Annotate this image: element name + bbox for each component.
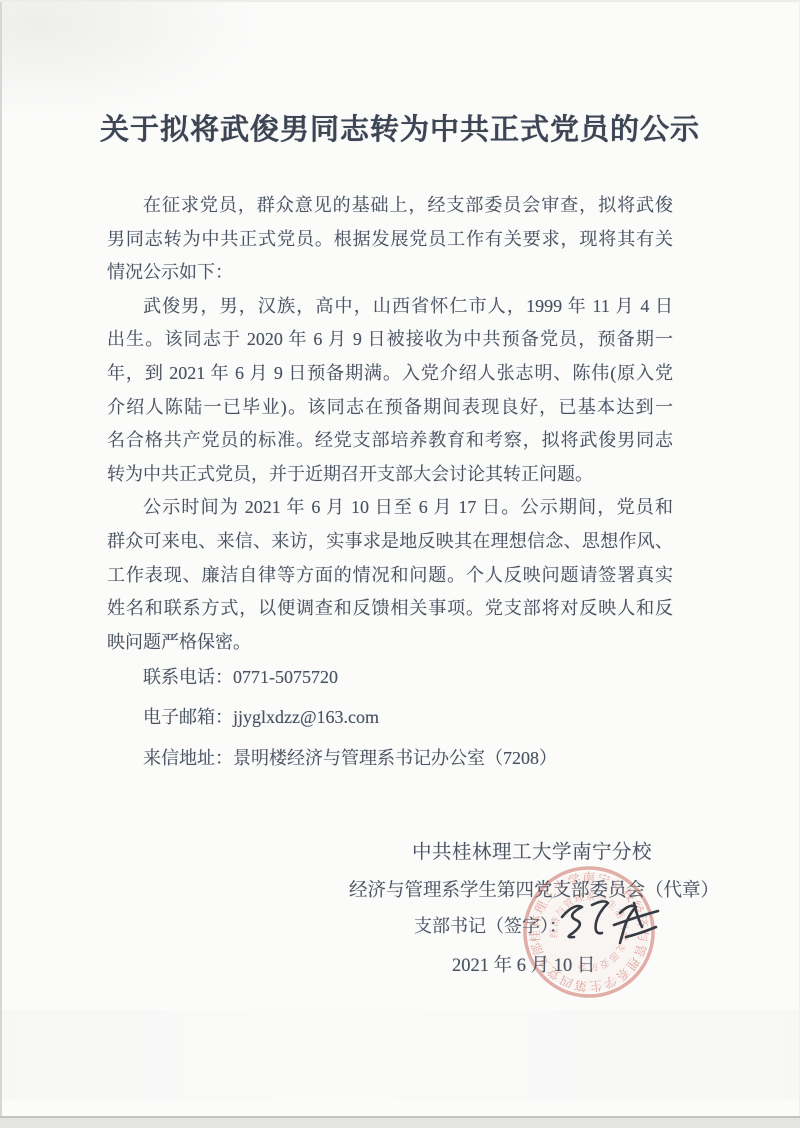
body-line: 在征求党员，群众意见的基础上，经支部委员会审查，拟将武俊 <box>107 189 673 223</box>
scan-smudge <box>0 0 260 120</box>
body-line: 武俊男，男，汉族，高中，山西省怀仁市人，1999 年 11 月 4 日 <box>107 290 673 324</box>
signoff-date: 2021 年 6 月 10 日 <box>452 951 595 977</box>
body-line: 转为中共正式党员，并于近期召开支部大会讨论其转正问题。 <box>107 458 673 492</box>
body-line: 工作表现、廉洁自律等方面的情况和问题。个人反映问题请签署真实 <box>107 559 673 593</box>
body-line: 群众可来电、来信、来访，实事求是地反映其在理想信念、思想作风、 <box>107 525 673 559</box>
body-line: 姓名和联系方式，以便调查和反馈相关事项。党支部将对反映人和反 <box>107 592 673 626</box>
contact-phone-line: 联系电话：0771-5075720 <box>107 661 673 695</box>
body-line: 公示时间为 2021 年 6 月 10 日至 6 月 17 日。公示期间，党员和 <box>107 491 673 525</box>
secretary-sign-label: 支部书记（签字）： <box>414 912 567 938</box>
body-line: 出生。该同志于 2020 年 6 月 9 日被接收为中共预备党员，预备期一 <box>107 323 673 357</box>
page-edge-left <box>0 0 2 1128</box>
body-line: 介绍人陈陆一已毕业)。该同志在预备期间表现良好，已基本达到一 <box>107 391 673 425</box>
scanned-document-page: 关于拟将武俊男同志转为中共正式党员的公示 在征求党员，群众意见的基础上，经支部委… <box>0 0 800 1128</box>
body-line: 名合格共产党员的标准。经党支部培养教育和考察，拟将武俊男同志 <box>107 424 673 458</box>
scan-noise <box>0 1010 800 1100</box>
contact-address-line: 来信地址：景明楼经济与管理系书记办公室（7208） <box>107 742 673 776</box>
body-line: 情况公示如下： <box>107 256 673 290</box>
handwritten-signature <box>556 891 664 951</box>
body-line: 年，到 2021 年 6 月 9 日预备期满。入党介绍人张志明、陈伟(原入党 <box>107 357 673 391</box>
signoff-org-line1: 中共桂林理工大学南宁分校 <box>412 836 652 864</box>
page-edge-top <box>0 0 800 2</box>
body-line: 映问题严格保密。 <box>107 626 673 660</box>
document-body: 在征求党员，群众意见的基础上，经支部委员会审查，拟将武俊 男同志转为中共正式党员… <box>107 189 673 775</box>
document-title: 关于拟将武俊男同志转为中共正式党员的公示 <box>0 107 800 148</box>
page-edge-bottom-band <box>0 1118 800 1128</box>
body-line: 男同志转为中共正式党员。根据发展党员工作有关要求，现将其有关 <box>107 223 673 257</box>
contact-email-line: 电子邮箱：jjyglxdzz@163.com <box>107 701 673 735</box>
